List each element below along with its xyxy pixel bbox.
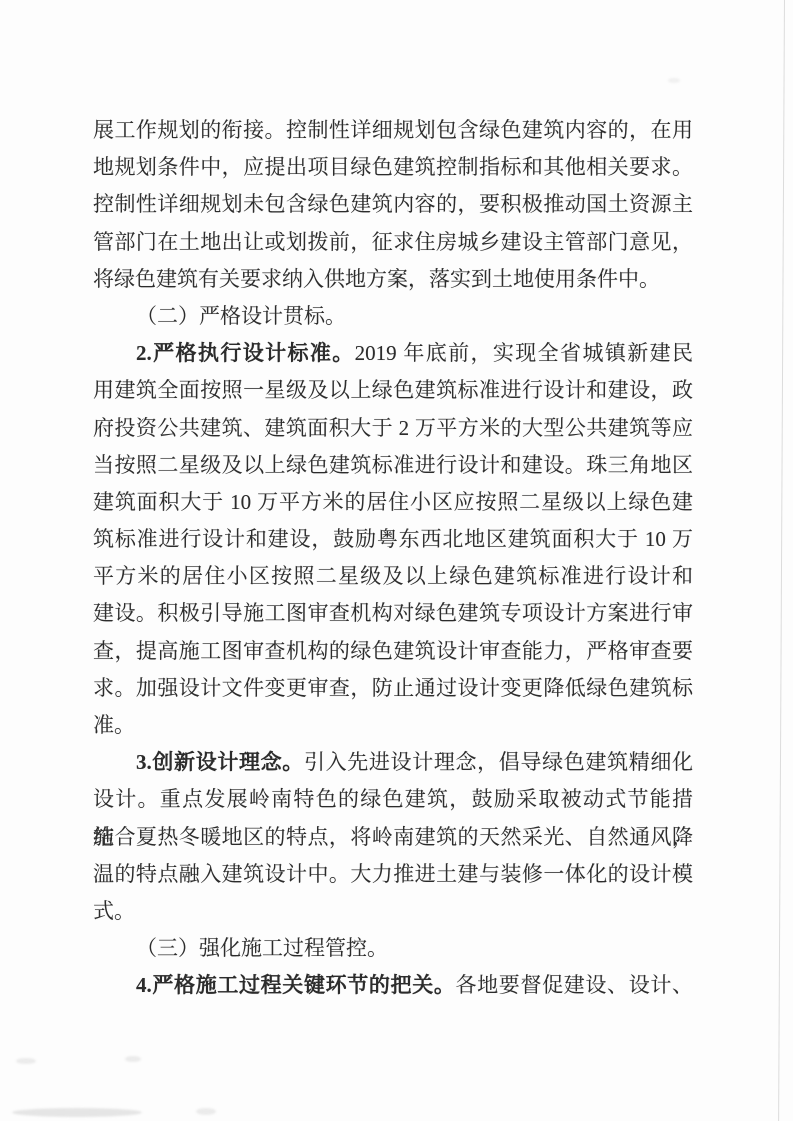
document-line: 地规划条件中，应提出项目绿色建筑控制指标和其他相关要求。 xyxy=(93,149,693,186)
document-line: 温的特点融入建筑设计中。大力推进土建与装修一体化的设计模 xyxy=(93,856,693,893)
document-line: 结合夏热冬暖地区的特点，将岭南建筑的天然采光、自然通风降 xyxy=(93,819,693,856)
document-line-text: 管部门在土地出让或划拨前，征求住房城乡建设主管部门意见， xyxy=(93,230,693,254)
document-line-text: 求。加强设计文件变更审查，防止通过设计变更降低绿色建筑标 xyxy=(93,676,693,700)
document-line: 式。 xyxy=(93,893,693,930)
document-line-text: 地规划条件中，应提出项目绿色建筑控制指标和其他相关要求。 xyxy=(93,155,693,179)
document-line-text: 各地要督促建设、设计、 xyxy=(456,973,694,997)
scan-smudge xyxy=(668,78,680,83)
document-line: 平方米的居住小区按照二星级及以上绿色建筑标准进行设计和 xyxy=(93,558,693,595)
document-line: 用建筑全面按照一星级及以上绿色建筑标准进行设计和建设，政 xyxy=(93,372,693,409)
document-line: 建设。积极引导施工图审查机构对绿色建筑专项设计方案进行审 xyxy=(93,595,693,632)
document-line: （三）强化施工过程管控。 xyxy=(93,930,693,967)
document-line-text: 准。 xyxy=(93,713,135,737)
document-line: 控制性详细规划未包含绿色建筑内容的，要积极推动国土资源主 xyxy=(93,186,693,223)
document-line: 当按照二星级及以上绿色建筑标准进行设计和建设。珠三角地区 xyxy=(93,447,693,484)
document-line-text: 式。 xyxy=(93,899,135,923)
document-line-text: 建设。积极引导施工图审查机构对绿色建筑专项设计方案进行审 xyxy=(93,601,693,625)
document-line-text: 当按照二星级及以上绿色建筑标准进行设计和建设。珠三角地区 xyxy=(93,453,693,477)
document-line-text: 查，提高施工图审查机构的绿色建筑设计审查能力，严格审查要 xyxy=(93,639,693,663)
scan-smudge xyxy=(12,1108,142,1117)
document-text: 展工作规划的衔接。控制性详细规划包含绿色建筑内容的，在用地规划条件中，应提出项目… xyxy=(93,112,693,1005)
scan-smudge xyxy=(196,1108,216,1115)
document-line-text: （二）严格设计贯标。 xyxy=(136,304,346,328)
document-line-text: （三）强化施工过程管控。 xyxy=(136,936,388,960)
document-line-bold-lead: 4.严格施工过程关键环节的把关。 xyxy=(136,973,456,997)
document-line: 府投资公共建筑、建筑面积大于 2 万平方米的大型公共建筑等应 xyxy=(93,410,693,447)
document-line-text: 将绿色建筑有关要求纳入供地方案，落实到土地使用条件中。 xyxy=(93,267,660,291)
document-line-bold-lead: 2.严格执行设计标准。 xyxy=(136,341,355,365)
document-line: 将绿色建筑有关要求纳入供地方案，落实到土地使用条件中。 xyxy=(93,261,693,298)
document-line-bold-lead: 3.创新设计理念。 xyxy=(136,750,304,774)
scan-smudge xyxy=(125,1056,141,1062)
document-line-text: 平方米的居住小区按照二星级及以上绿色建筑标准进行设计和 xyxy=(93,564,693,588)
document-line: 2.严格执行设计标准。2019 年底前，实现全省城镇新建民 xyxy=(93,335,693,372)
document-line: 建筑面积大于 10 万平方米的居住小区应按照二星级以上绿色建 xyxy=(93,484,693,521)
document-line-text: 用建筑全面按照一星级及以上绿色建筑标准进行设计和建设，政 xyxy=(93,378,693,402)
document-line: 求。加强设计文件变更审查，防止通过设计变更降低绿色建筑标 xyxy=(93,670,693,707)
document-line: 筑标准进行设计和建设，鼓励粤东西北地区建筑面积大于 10 万 xyxy=(93,521,693,558)
document-line: 4.严格施工过程关键环节的把关。各地要督促建设、设计、 xyxy=(93,967,693,1004)
document-line: 查，提高施工图审查机构的绿色建筑设计审查能力，严格审查要 xyxy=(93,633,693,670)
scan-edge-line xyxy=(778,0,785,1121)
document-line-text: 筑标准进行设计和建设，鼓励粤东西北地区建筑面积大于 10 万 xyxy=(93,527,693,551)
document-line-text: 建筑面积大于 10 万平方米的居住小区应按照二星级以上绿色建 xyxy=(93,490,693,514)
document-line: 3.创新设计理念。引入先进设计理念，倡导绿色建筑精细化 xyxy=(93,744,693,781)
document-line-text: 引入先进设计理念，倡导绿色建筑精细化 xyxy=(304,750,693,774)
document-line-text: 展工作规划的衔接。控制性详细规划包含绿色建筑内容的，在用 xyxy=(93,118,693,142)
document-line: （二）严格设计贯标。 xyxy=(93,298,693,335)
document-line-text: 温的特点融入建筑设计中。大力推进土建与装修一体化的设计模 xyxy=(93,862,693,886)
document-line: 管部门在土地出让或划拨前，征求住房城乡建设主管部门意见， xyxy=(93,224,693,261)
document-line-text: 控制性详细规划未包含绿色建筑内容的，要积极推动国土资源主 xyxy=(93,192,693,216)
document-line: 准。 xyxy=(93,707,693,744)
document-page: 展工作规划的衔接。控制性详细规划包含绿色建筑内容的，在用地规划条件中，应提出项目… xyxy=(0,0,793,1121)
document-line-text: 2019 年底前，实现全省城镇新建民 xyxy=(355,341,693,365)
document-line: 展工作规划的衔接。控制性详细规划包含绿色建筑内容的，在用 xyxy=(93,112,693,149)
document-line-text: 府投资公共建筑、建筑面积大于 2 万平方米的大型公共建筑等应 xyxy=(93,416,693,440)
scan-smudge xyxy=(16,1058,36,1064)
document-line-text: 结合夏热冬暖地区的特点，将岭南建筑的天然采光、自然通风降 xyxy=(93,825,693,849)
document-line: 设计。重点发展岭南特色的绿色建筑，鼓励采取被动式节能措施， xyxy=(93,781,693,818)
